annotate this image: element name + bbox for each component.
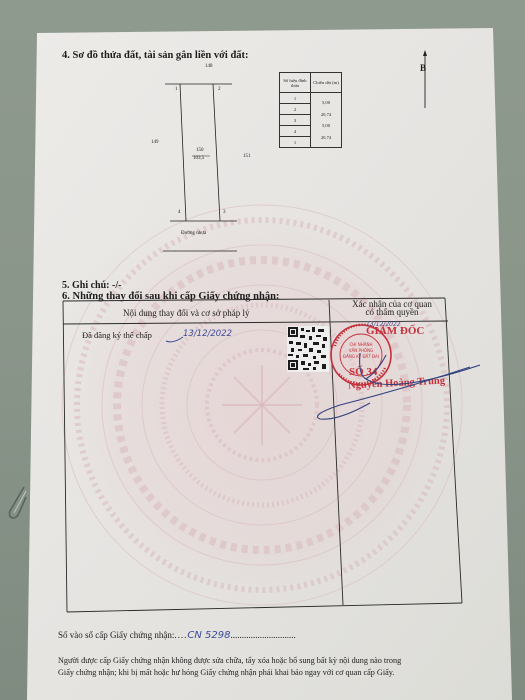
notice-line-1: Người được cấp Giấy chứng nhận không đượ…: [58, 655, 401, 667]
entry-handwritten-date: 13/12/2022: [183, 329, 232, 339]
certificate-page: 4. Sơ đồ thửa đất, tài sản gắn liền với …: [0, 0, 525, 700]
registry-value: CN 5298: [187, 630, 230, 641]
col-header-confirmation: Xác nhận của cơ quan có thẩm quyền: [340, 299, 444, 317]
entry-mortgage-registered: Đã đăng ký thế chấp: [82, 330, 152, 340]
stamp-handwritten-date: 13/12/2022: [366, 321, 401, 328]
registry-number-row: Số vào sổ cấp Giấy chứng nhận:....CN 529…: [58, 630, 296, 641]
pen-tick-icon: [165, 334, 185, 344]
handwritten-signature: [300, 335, 480, 425]
notice-line-2: Giấy chứng nhận; khi bị mất hoặc hư hỏng…: [58, 667, 394, 679]
col-header-content: Nội dung thay đổi và cơ sở pháp lý: [123, 308, 250, 318]
registry-label: Số vào sổ cấp Giấy chứng nhận:: [58, 630, 174, 640]
